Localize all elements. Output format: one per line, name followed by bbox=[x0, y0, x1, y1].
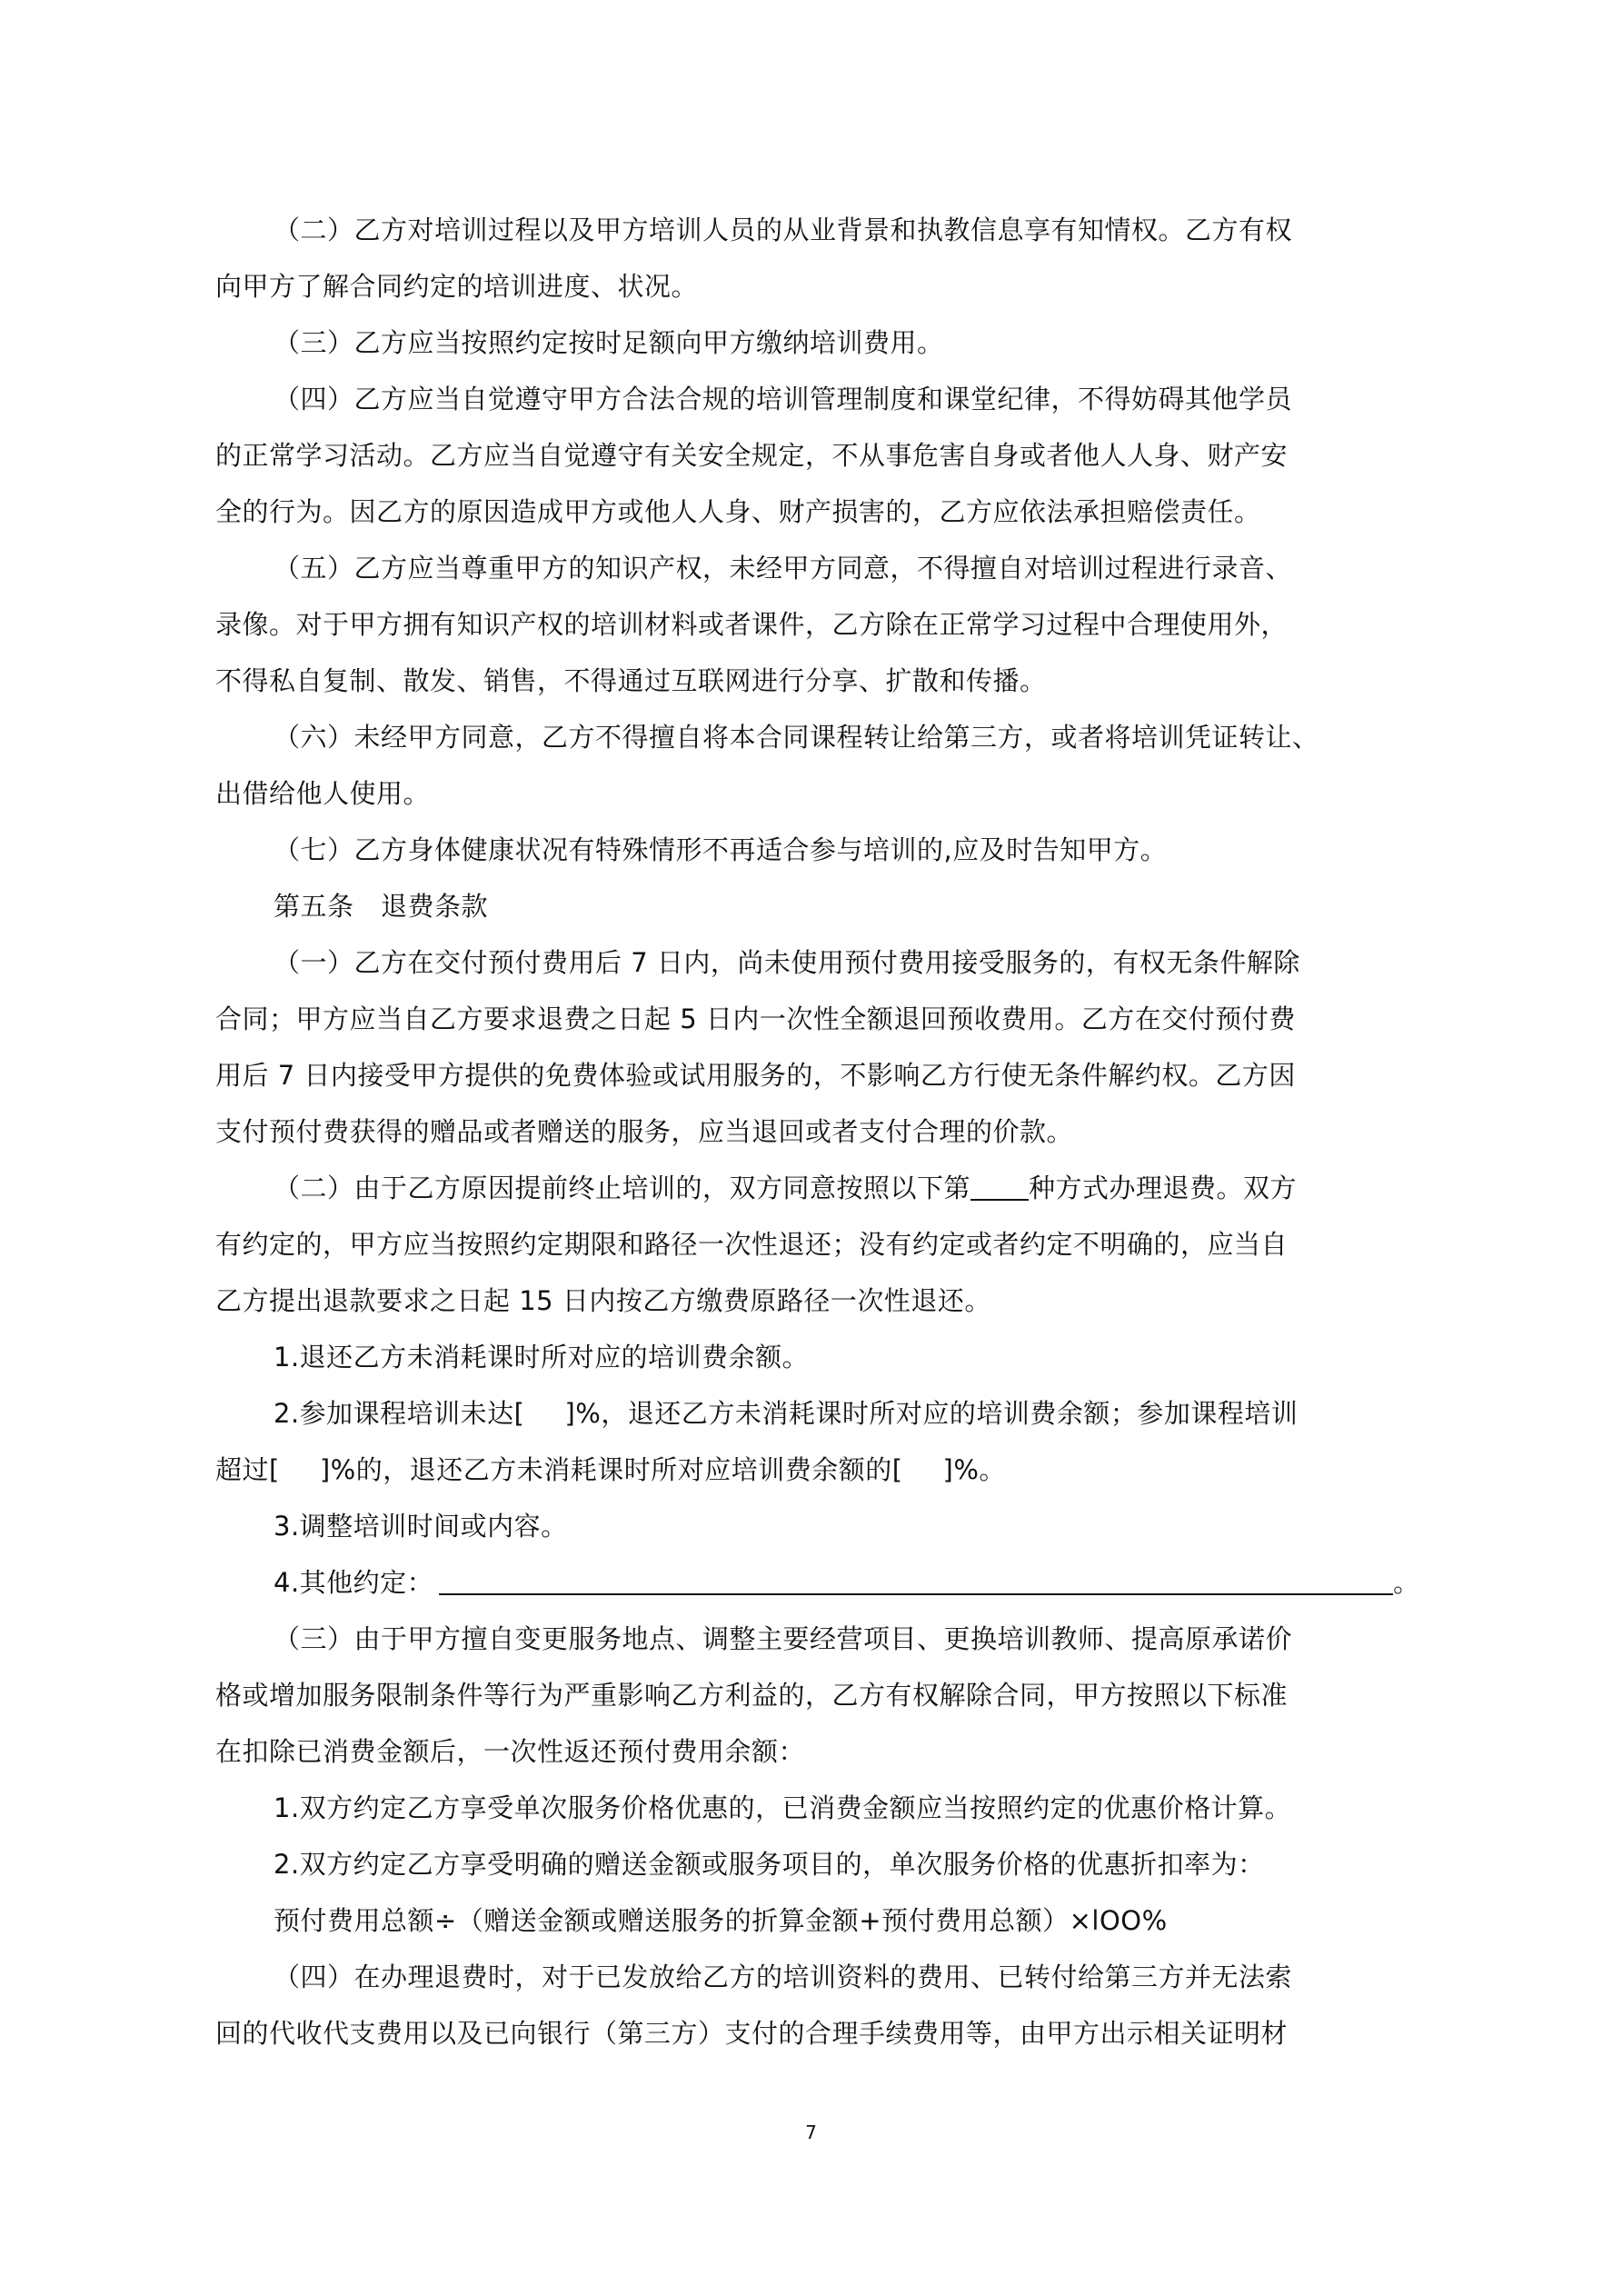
text-segment: （二）由于乙方原因提前终止培训的，双方同意按照以下第 bbox=[274, 1173, 970, 1203]
option-line: 1.退还乙方未消耗课时所对应的培训费余额。 bbox=[274, 1329, 809, 1385]
paragraph-line: （一）乙方在交付预付费用后 7 日内，尚未使用预付费用接受服务的，有权无条件解除 bbox=[274, 934, 1300, 991]
paragraph-line: 在扣除已消费金额后，一次性返还预付费用余额： bbox=[215, 1723, 805, 1780]
paragraph-line: （三）由于甲方擅自变更服务地点、调整主要经营项目、更换培训教师、提高原承诺价 bbox=[274, 1611, 1292, 1667]
page-number: 7 bbox=[0, 2121, 1622, 2143]
paragraph-line: （五）乙方应当尊重甲方的知识产权，未经甲方同意，不得擅自对培训过程进行录音、 bbox=[274, 540, 1292, 596]
paragraph-line: （七）乙方身体健康状况有特殊情形不再适合参与培训的,应及时告知甲方。 bbox=[274, 822, 1167, 878]
paragraph-line: （二）由于乙方原因提前终止培训的，双方同意按照以下第种方式办理退费。双方 bbox=[274, 1160, 1297, 1216]
paragraph-line: 支付预付费获得的赠品或者赠送的服务，应当退回或者支付合理的价款。 bbox=[215, 1103, 1073, 1160]
option-line: 超过[]%的，退还乙方未消耗课时所对应培训费余额的[]%。 bbox=[215, 1442, 1006, 1498]
paragraph-line: 录像。对于甲方拥有知识产权的培训材料或者课件，乙方除在正常学习过程中合理使用外， bbox=[215, 596, 1288, 653]
paragraph-line: 合同；甲方应当自乙方要求退费之日起 5 日内一次性全额退回预收费用。乙方在交付预… bbox=[215, 991, 1296, 1047]
paragraph-line: 出借给他人使用。 bbox=[215, 765, 430, 822]
text-segment: 4.其他约定： bbox=[274, 1567, 433, 1598]
paragraph-line: 有约定的，甲方应当按照约定期限和路径一次性退还；没有约定或者约定不明确的，应当自 bbox=[215, 1216, 1288, 1273]
paragraph-line: 全的行为。因乙方的原因造成甲方或他人人身、财产损害的，乙方应依法承担赔偿责任。 bbox=[215, 484, 1261, 540]
paragraph-line: 用后 7 日内接受甲方提供的免费体验或试用服务的，不影响乙方行使无条件解约权。乙… bbox=[215, 1047, 1296, 1103]
paragraph-line: （四）在办理退费时，对于已发放给乙方的培训资料的费用、已转付给第三方并无法索 bbox=[274, 1949, 1292, 2005]
paragraph-line: 的正常学习活动。乙方应当自觉遵守有关安全规定，不从事危害自身或者他人人身、财产安 bbox=[215, 427, 1288, 484]
other-agreement-blank[interactable] bbox=[439, 1566, 1393, 1595]
paragraph-line: 不得私自复制、散发、销售，不得通过互联网进行分享、扩散和传播。 bbox=[215, 653, 1047, 709]
text-segment: 种方式办理退费。双方 bbox=[1029, 1173, 1297, 1203]
paragraph-line: 回的代收代支费用以及已向银行（第三方）支付的合理手续费用等，由甲方出示相关证明材 bbox=[215, 2005, 1288, 2061]
text-segment: ]%。 bbox=[943, 1454, 1006, 1485]
text-segment: ]%的，退还乙方未消耗课时所对应培训费余额的[ bbox=[320, 1454, 903, 1485]
fill-in-blank[interactable] bbox=[970, 1172, 1029, 1201]
text-segment: 超过[ bbox=[215, 1454, 280, 1485]
paragraph-line: （二）乙方对培训过程以及甲方培训人员的从业背景和执教信息享有知情权。乙方有权 bbox=[274, 202, 1292, 258]
paragraph-line: 向甲方了解合同约定的培训进度、状况。 bbox=[215, 258, 698, 314]
option-line: 3.调整培训时间或内容。 bbox=[274, 1498, 568, 1554]
option-line: 4.其他约定：。 bbox=[274, 1554, 1420, 1611]
option-line: 2.双方约定乙方享受明确的赠送金额或服务项目的，单次服务价格的优惠折扣率为： bbox=[274, 1836, 1265, 1892]
text-segment: 2.参加课程培训未达[ bbox=[274, 1398, 524, 1429]
option-line: 1.双方约定乙方享受单次服务价格优惠的，已消费金额应当按照约定的优惠价格计算。 bbox=[274, 1780, 1291, 1836]
text-segment: ]%，退还乙方未消耗课时所对应的培训费余额；参加课程培训 bbox=[564, 1398, 1298, 1429]
paragraph-line: （三）乙方应当按照约定按时足额向甲方缴纳培训费用。 bbox=[274, 314, 944, 371]
paragraph-line: （六）未经甲方同意，乙方不得擅自将本合同课程转让给第三方，或者将培训凭证转让、 bbox=[274, 709, 1319, 765]
paragraph-line: 乙方提出退款要求之日起 15 日内按乙方缴费原路径一次性退还。 bbox=[215, 1273, 991, 1329]
formula-line: 预付费用总额÷（赠送金额或赠送服务的折算金额+预付费用总额）×lOO% bbox=[274, 1892, 1168, 1949]
paragraph-line: 格或增加服务限制条件等行为严重影响乙方利益的，乙方有权解除合同，甲方按照以下标准 bbox=[215, 1667, 1288, 1723]
option-line: 2.参加课程培训未达[]%，退还乙方未消耗课时所对应的培训费余额；参加课程培训 bbox=[274, 1385, 1298, 1442]
section-heading: 第五条 退费条款 bbox=[274, 878, 488, 934]
text-segment: 。 bbox=[1393, 1567, 1420, 1598]
paragraph-line: （四）乙方应当自觉遵守甲方合法合规的培训管理制度和课堂纪律，不得妨碍其他学员 bbox=[274, 371, 1292, 427]
